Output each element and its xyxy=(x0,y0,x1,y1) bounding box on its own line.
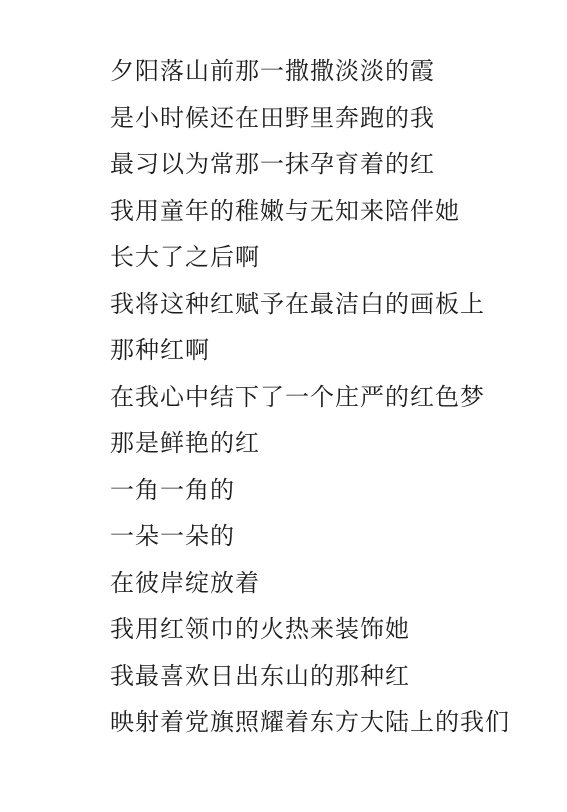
poem-line: 那是鲜艳的红 xyxy=(110,421,537,468)
document-page: 夕阳落山前那一撒撒淡淡的霞 是小时候还在田野里奔跑的我 最习以为常那一抹孕育着的… xyxy=(0,0,567,812)
poem-line: 最习以为常那一抹孕育着的红 xyxy=(110,142,537,189)
poem-line: 在彼岸绽放着 xyxy=(110,561,537,608)
poem-line: 夕阳落山前那一撒撒淡淡的霞 xyxy=(110,49,537,96)
poem-line: 那种红啊 xyxy=(110,328,537,375)
poem-line: 一角一角的 xyxy=(110,468,537,515)
poem-line: 在我心中结下了一个庄严的红色梦 xyxy=(110,375,537,422)
poem-line: 映射着党旗照耀着东方大陆上的我们 xyxy=(110,700,537,747)
poem-line: 我最喜欢日出东山的那种红 xyxy=(110,654,537,701)
poem-line: 长大了之后啊 xyxy=(110,235,537,282)
poem-line: 一朵一朵的 xyxy=(110,514,537,561)
poem-line: 我用童年的稚嫩与无知来陪伴她 xyxy=(110,189,537,236)
poem-line: 是小时候还在田野里奔跑的我 xyxy=(110,96,537,143)
poem-line: 我用红领巾的火热来装饰她 xyxy=(110,607,537,654)
poem-line: 我将这种红赋予在最洁白的画板上 xyxy=(110,282,537,329)
